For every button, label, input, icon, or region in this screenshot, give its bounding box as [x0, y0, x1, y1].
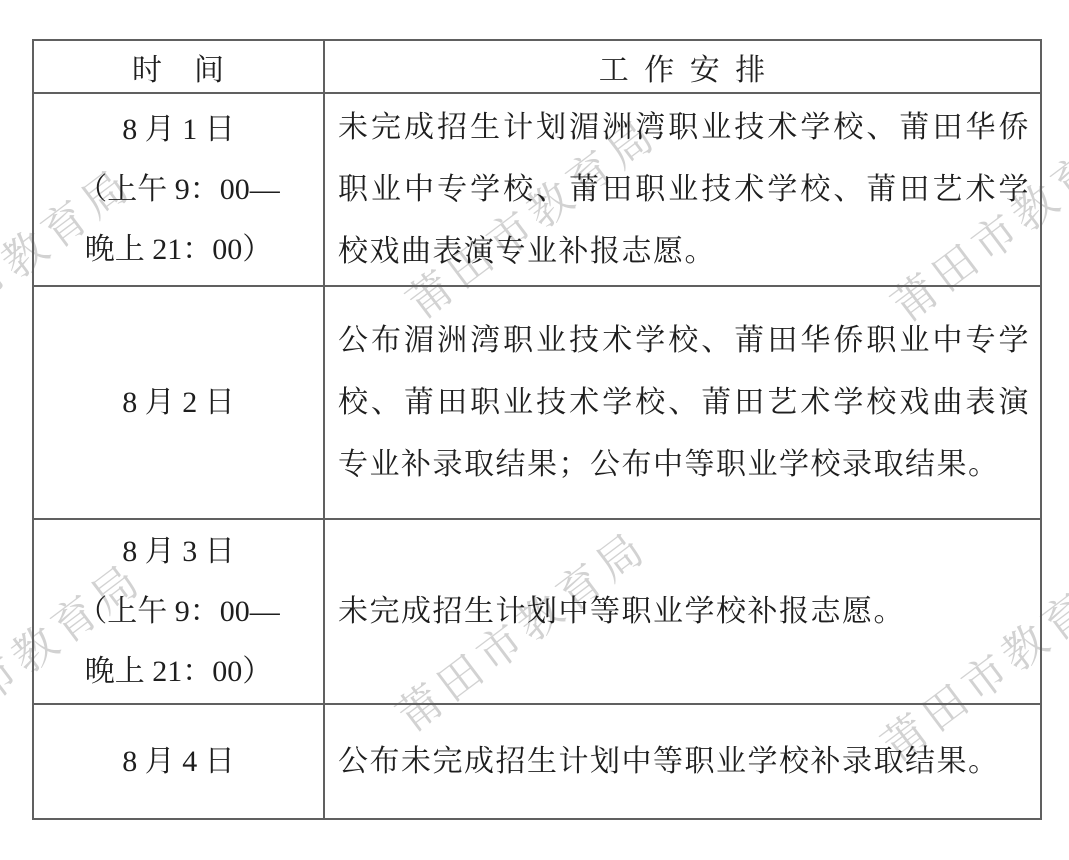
task-cell: 未完成招生计划湄洲湾职业技术学校、莆田华侨职业中专学校、莆田职业技术学校、莆田艺… [324, 93, 1041, 286]
task-cell: 公布湄洲湾职业技术学校、莆田华侨职业中专学校、莆田职业技术学校、莆田艺术学校戏曲… [324, 286, 1041, 519]
task-text: 公布湄洲湾职业技术学校、莆田华侨职业中专学校、莆田职业技术学校、莆田艺术学校戏曲… [338, 310, 1030, 496]
task-text: 未完成招生计划湄洲湾职业技术学校、莆田华侨职业中专学校、莆田职业技术学校、莆田艺… [338, 97, 1030, 283]
table-row: 8 月 3 日 （上午 9：00— 晚上 21：00） 未完成招生计划中等职业学… [33, 519, 1041, 704]
document-page: 莆田市教育局 莆田市教育局 莆田市教育局 莆田市教育局 莆田市教育局 莆田市教育… [0, 0, 1069, 860]
time-line: 晚上 21：00） [34, 220, 323, 280]
time-cell: 8 月 4 日 [33, 704, 324, 819]
time-line: （上午 9：00— [34, 582, 323, 642]
column-header-time: 时 间 [33, 40, 324, 93]
time-line: 8 月 2 日 [34, 373, 323, 433]
task-text: 未完成招生计划中等职业学校补报志愿。 [338, 581, 1030, 643]
header-row: 时 间 工 作 安 排 [33, 40, 1041, 93]
time-cell: 8 月 2 日 [33, 286, 324, 519]
task-cell: 未完成招生计划中等职业学校补报志愿。 [324, 519, 1041, 704]
time-line: 晚上 21：00） [34, 642, 323, 702]
column-header-work: 工 作 安 排 [324, 40, 1041, 93]
task-cell: 公布未完成招生计划中等职业学校补录取结果。 [324, 704, 1041, 819]
table-row: 8 月 1 日 （上午 9：00— 晚上 21：00） 未完成招生计划湄洲湾职业… [33, 93, 1041, 286]
table-row: 8 月 4 日 公布未完成招生计划中等职业学校补录取结果。 [33, 704, 1041, 819]
time-cell: 8 月 3 日 （上午 9：00— 晚上 21：00） [33, 519, 324, 704]
time-cell: 8 月 1 日 （上午 9：00— 晚上 21：00） [33, 93, 324, 286]
schedule-table: 时 间 工 作 安 排 8 月 1 日 （上午 9：00— 晚上 21：00） … [32, 39, 1042, 820]
table-row: 8 月 2 日 公布湄洲湾职业技术学校、莆田华侨职业中专学校、莆田职业技术学校、… [33, 286, 1041, 519]
time-line: 8 月 3 日 [34, 522, 323, 582]
time-line: 8 月 4 日 [34, 732, 323, 792]
time-line: 8 月 1 日 [34, 100, 323, 160]
task-text: 公布未完成招生计划中等职业学校补录取结果。 [338, 731, 1030, 793]
time-line: （上午 9：00— [34, 160, 323, 220]
